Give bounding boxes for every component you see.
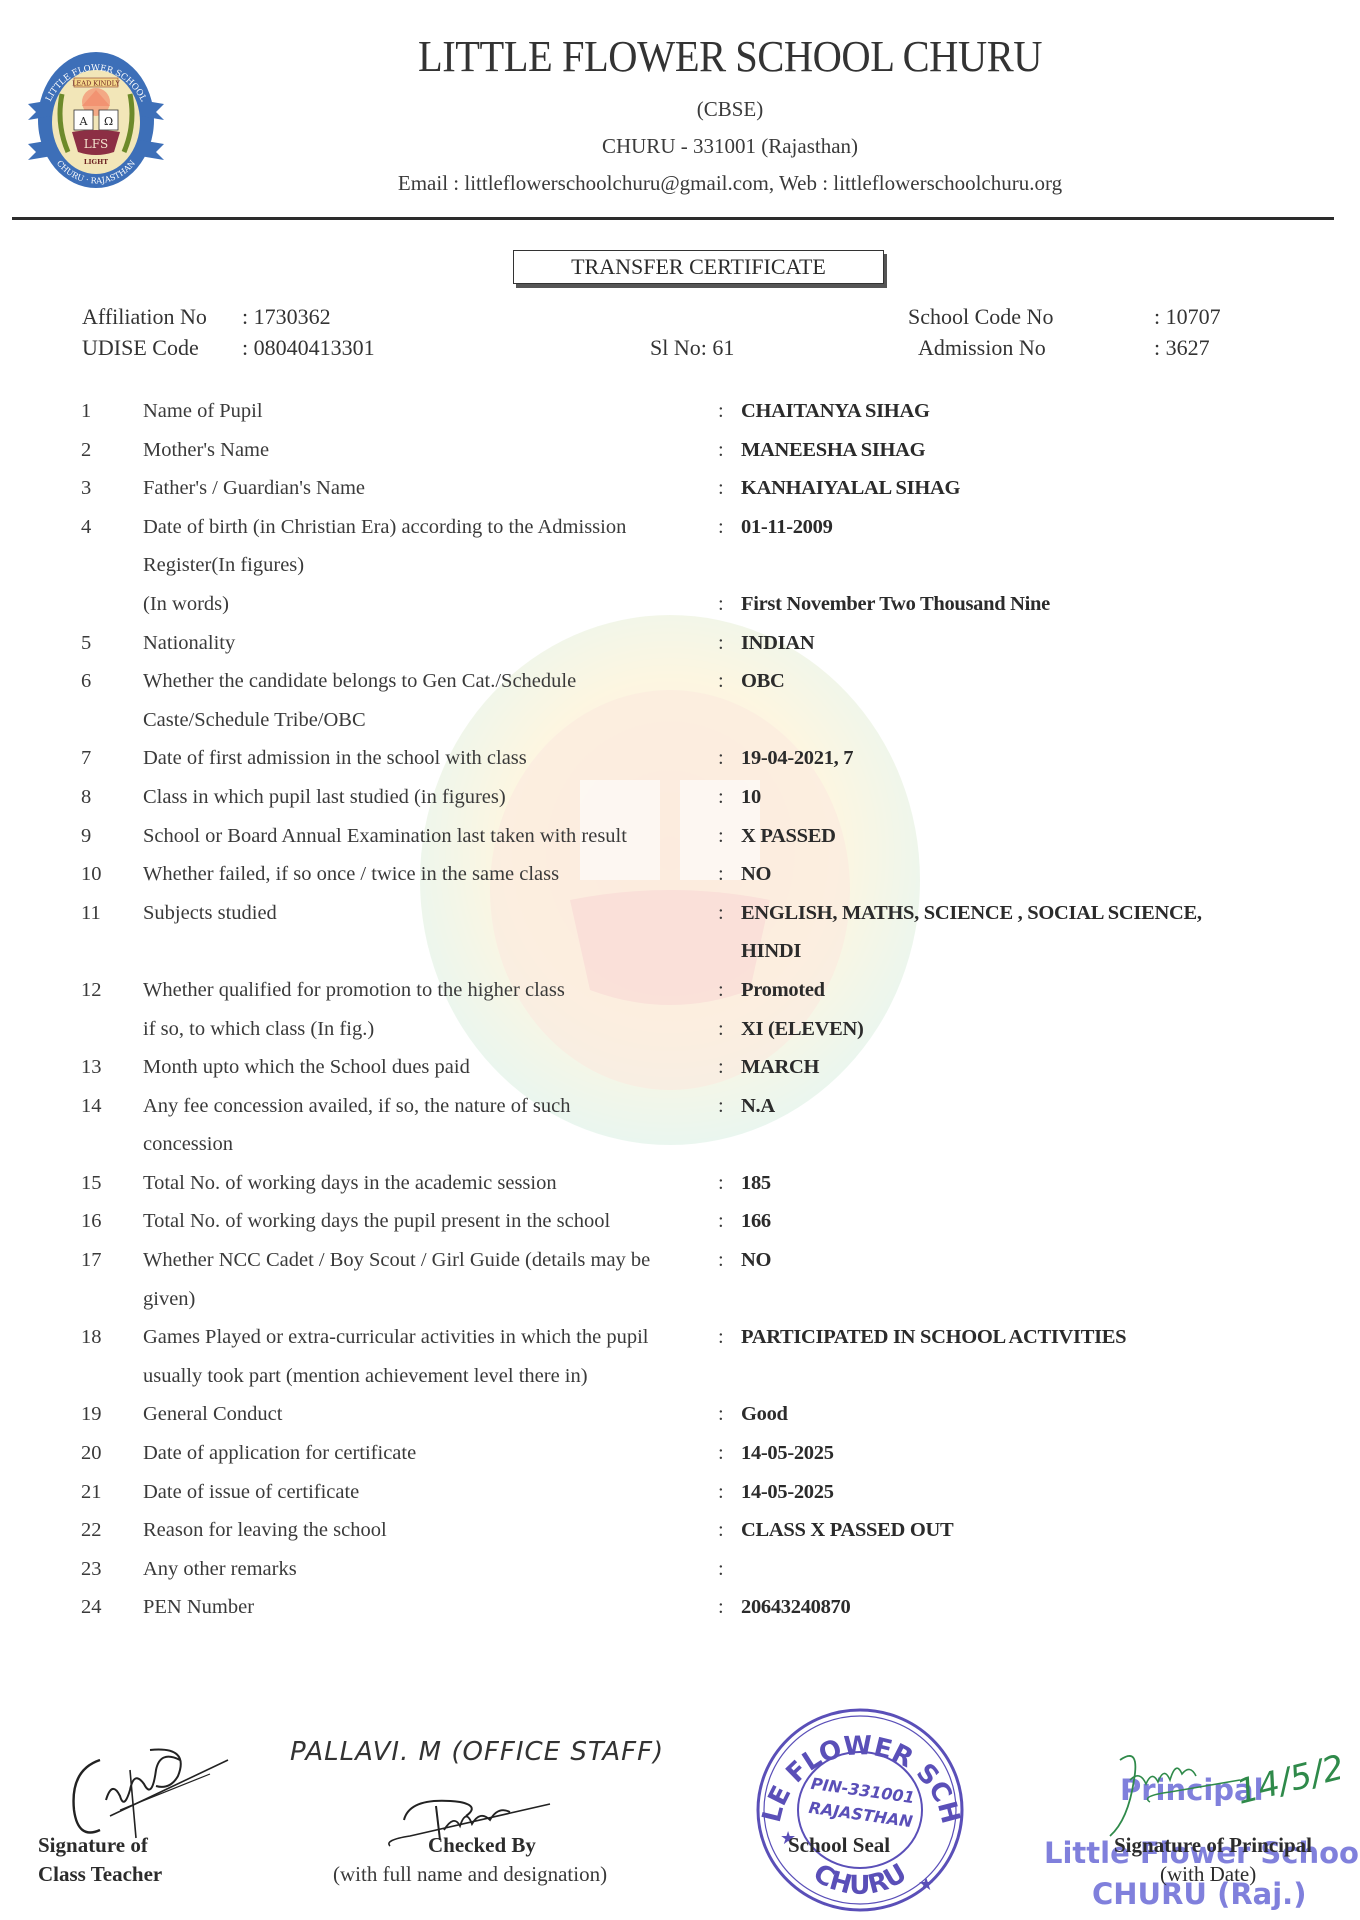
- field-label: Reason for leaving the school: [143, 1511, 387, 1550]
- field-label: Father's / Guardian's Name: [143, 469, 365, 508]
- field-number: 5: [81, 624, 91, 663]
- field-value: PARTICIPATED IN SCHOOL ACTIVITIES: [741, 1318, 1126, 1357]
- certificate-field-row: 16Total No. of working days the pupil pr…: [0, 1202, 1360, 1241]
- certificate-field-row: given): [0, 1280, 1360, 1319]
- school-address: CHURU - 331001 (Rajasthan): [250, 133, 1210, 159]
- certificate-field-row: 13Month upto which the School dues paid:…: [0, 1048, 1360, 1087]
- certificate-field-row: (In words):First November Two Thousand N…: [0, 585, 1360, 624]
- school-seal-stamp-icon: LITTLE FLOWER SCHOOL CHURU PIN-331001 RA…: [750, 1702, 970, 1918]
- field-number: 19: [81, 1395, 102, 1434]
- udise-value: : 08040413301: [242, 335, 375, 360]
- field-separator: :: [718, 739, 724, 778]
- certificate-field-row: 5Nationality:INDIAN: [0, 624, 1360, 663]
- field-separator: :: [718, 855, 724, 894]
- certificate-field-row: 20Date of application for certificate:14…: [0, 1434, 1360, 1473]
- certificate-field-row: 24PEN Number:20643240870: [0, 1588, 1360, 1627]
- field-value: MANEESHA SIHAG: [741, 431, 925, 470]
- school-code-label: School Code No: [908, 302, 1154, 332]
- field-label: Date of issue of certificate: [143, 1473, 359, 1512]
- certificate-field-row: 2Mother's Name:MANEESHA SIHAG: [0, 431, 1360, 470]
- field-separator: :: [718, 1164, 724, 1203]
- udise-code: UDISE Code: 08040413301: [82, 333, 375, 363]
- field-separator: :: [718, 508, 724, 547]
- field-value: NO: [741, 1241, 771, 1280]
- field-number: 16: [81, 1202, 102, 1241]
- field-number: 22: [81, 1511, 102, 1550]
- class-teacher-caption-line1: Signature of: [38, 1831, 148, 1859]
- school-board: (CBSE): [250, 96, 1210, 122]
- checked-by-handwritten-name: PALLAVI. M (OFFICE STAFF): [290, 1738, 664, 1766]
- field-value: N.A: [741, 1087, 775, 1126]
- field-label: if so, to which class (In fig.): [143, 1010, 374, 1049]
- field-value: 185: [741, 1164, 771, 1203]
- field-label: PEN Number: [143, 1588, 254, 1627]
- field-separator: :: [718, 431, 724, 470]
- field-separator: :: [718, 1010, 724, 1049]
- field-number: 8: [81, 778, 91, 817]
- field-label: Name of Pupil: [143, 392, 263, 431]
- certificate-field-row: 9School or Board Annual Examination last…: [0, 817, 1360, 856]
- certificate-field-row: 18Games Played or extra-curricular activ…: [0, 1318, 1360, 1357]
- certificate-field-row: Register(In figures): [0, 546, 1360, 585]
- field-value: 01-11-2009: [741, 508, 833, 547]
- field-value: 19-04-2021, 7: [741, 739, 853, 778]
- field-number: 7: [81, 739, 91, 778]
- field-label: given): [143, 1280, 195, 1319]
- field-label: Month upto which the School dues paid: [143, 1048, 470, 1087]
- field-value: INDIAN: [741, 624, 814, 663]
- field-value: X PASSED: [741, 817, 836, 856]
- certificate-field-row: 21Date of issue of certificate:14-05-202…: [0, 1473, 1360, 1512]
- admission-value: : 3627: [1154, 335, 1210, 360]
- svg-text:Ω: Ω: [104, 115, 113, 128]
- field-label: (In words): [143, 585, 229, 624]
- field-number: 1: [81, 392, 91, 431]
- field-separator: :: [718, 1395, 724, 1434]
- field-separator: :: [718, 392, 724, 431]
- field-number: 23: [81, 1550, 102, 1589]
- affiliation-value: : 1730362: [242, 304, 331, 329]
- field-separator: :: [718, 1473, 724, 1512]
- document-title: TRANSFER CERTIFICATE: [513, 250, 884, 284]
- field-label: Any fee concession availed, if so, the n…: [143, 1087, 571, 1126]
- field-value: MARCH: [741, 1048, 819, 1087]
- field-value: KANHAIYALAL SIHAG: [741, 469, 960, 508]
- field-label: Whether failed, if so once / twice in th…: [143, 855, 559, 894]
- certificate-field-row: usually took part (mention achievement l…: [0, 1357, 1360, 1396]
- certificate-field-row: 8Class in which pupil last studied (in f…: [0, 778, 1360, 817]
- field-number: 3: [81, 469, 91, 508]
- field-value: XI (ELEVEN): [741, 1010, 864, 1049]
- field-number: 4: [81, 508, 91, 547]
- field-label: Register(In figures): [143, 546, 304, 585]
- affiliation-no: Affiliation No: 1730362: [82, 302, 331, 332]
- field-value: 166: [741, 1202, 771, 1241]
- admission-label: Admission No: [918, 333, 1154, 363]
- certificate-field-row: 17Whether NCC Cadet / Boy Scout / Girl G…: [0, 1241, 1360, 1280]
- field-label: Date of first admission in the school wi…: [143, 739, 527, 778]
- field-separator: :: [718, 1241, 724, 1280]
- principal-signature-caption: Signature of Principal: [1114, 1831, 1312, 1859]
- field-label: concession: [143, 1125, 233, 1164]
- school-name: LITTLE FLOWER SCHOOL CHURU: [288, 30, 1171, 84]
- certificate-field-row: 10Whether failed, if so once / twice in …: [0, 855, 1360, 894]
- school-seal-caption: School Seal: [788, 1831, 890, 1859]
- field-separator: :: [718, 469, 724, 508]
- svg-text:CHURU: CHURU: [808, 1858, 912, 1901]
- field-label: Whether qualified for promotion to the h…: [143, 971, 565, 1010]
- field-separator: :: [718, 1048, 724, 1087]
- field-value: First November Two Thousand Nine: [741, 585, 1050, 624]
- field-label: Caste/Schedule Tribe/OBC: [143, 701, 366, 740]
- field-label: Games Played or extra-curricular activit…: [143, 1318, 649, 1357]
- field-separator: :: [718, 817, 724, 856]
- certificate-fields: 1Name of Pupil:CHAITANYA SIHAG2Mother's …: [0, 392, 1360, 1627]
- field-label: Total No. of working days the pupil pres…: [143, 1202, 610, 1241]
- svg-text:★: ★: [918, 1874, 934, 1895]
- field-separator: :: [718, 624, 724, 663]
- field-label: Nationality: [143, 624, 235, 663]
- field-separator: :: [718, 894, 724, 933]
- field-separator: :: [718, 1588, 724, 1627]
- certificate-field-row: 6Whether the candidate belongs to Gen Ca…: [0, 662, 1360, 701]
- certificate-field-row: 23Any other remarks:: [0, 1550, 1360, 1589]
- admission-no: Admission No: 3627: [918, 333, 1210, 363]
- field-label: Any other remarks: [143, 1550, 297, 1589]
- field-value: 14-05-2025: [741, 1434, 834, 1473]
- field-label: Date of application for certificate: [143, 1434, 416, 1473]
- field-separator: :: [718, 662, 724, 701]
- svg-text:LIGHT: LIGHT: [84, 158, 108, 166]
- field-value: Good: [741, 1395, 788, 1434]
- field-number: 9: [81, 817, 91, 856]
- certificate-field-row: 19General Conduct:Good: [0, 1395, 1360, 1434]
- field-label: Class in which pupil last studied (in fi…: [143, 778, 506, 817]
- principal-signature-subcaption: (with Date): [1160, 1860, 1256, 1888]
- field-value: ENGLISH, MATHS, SCIENCE , SOCIAL SCIENCE…: [741, 894, 1202, 933]
- certificate-field-row: 11Subjects studied:ENGLISH, MATHS, SCIEN…: [0, 894, 1360, 933]
- field-number: 20: [81, 1434, 102, 1473]
- certificate-field-row: 3Father's / Guardian's Name:KANHAIYALAL …: [0, 469, 1360, 508]
- letterhead: LITTLE FLOWER SCHOOL CHURU (CBSE) CHURU …: [250, 30, 1210, 196]
- field-value: NO: [741, 855, 771, 894]
- field-label: usually took part (mention achievement l…: [143, 1357, 588, 1396]
- field-separator: :: [718, 1318, 724, 1357]
- field-label: Whether NCC Cadet / Boy Scout / Girl Gui…: [143, 1241, 650, 1280]
- field-value: HINDI: [741, 932, 801, 971]
- field-number: 12: [81, 971, 102, 1010]
- field-separator: :: [718, 778, 724, 817]
- field-number: 11: [81, 894, 101, 933]
- field-value: 20643240870: [741, 1588, 850, 1627]
- field-label: Subjects studied: [143, 894, 277, 933]
- certificate-field-row: if so, to which class (In fig.):XI (ELEV…: [0, 1010, 1360, 1049]
- school-contact: Email : littleflowerschoolchuru@gmail.co…: [250, 170, 1210, 196]
- field-number: 13: [81, 1048, 102, 1087]
- certificate-field-row: 12Whether qualified for promotion to the…: [0, 971, 1360, 1010]
- class-teacher-caption-line2: Class Teacher: [38, 1860, 162, 1888]
- field-separator: :: [718, 585, 724, 624]
- field-number: 10: [81, 855, 102, 894]
- affiliation-label: Affiliation No: [82, 302, 242, 332]
- certificate-field-row: 14Any fee concession availed, if so, the…: [0, 1087, 1360, 1126]
- certificate-field-row: Caste/Schedule Tribe/OBC: [0, 701, 1360, 740]
- certificate-field-row: 1Name of Pupil:CHAITANYA SIHAG: [0, 392, 1360, 431]
- field-value: CHAITANYA SIHAG: [741, 392, 930, 431]
- certificate-field-row: 22Reason for leaving the school:CLASS X …: [0, 1511, 1360, 1550]
- header-divider: [12, 217, 1334, 220]
- field-number: 6: [81, 662, 91, 701]
- checked-by-caption: Checked By: [428, 1831, 536, 1859]
- school-code-no: School Code No: 10707: [908, 302, 1221, 332]
- field-separator: :: [718, 1550, 724, 1589]
- svg-text:A: A: [79, 115, 89, 128]
- field-value: 10: [741, 778, 761, 817]
- udise-label: UDISE Code: [82, 333, 242, 363]
- principal-stamp-title: Principal: [1120, 1773, 1264, 1807]
- field-label: Mother's Name: [143, 431, 269, 470]
- certificate-field-row: 7Date of first admission in the school w…: [0, 739, 1360, 778]
- school-crest-icon: LEAD KINDLY A Ω LFS LIGHT LITTLE FLOWER …: [22, 44, 170, 196]
- certificate-field-row: concession: [0, 1125, 1360, 1164]
- serial-no: Sl No: 61: [650, 333, 734, 363]
- field-value: OBC: [741, 662, 785, 701]
- field-number: 14: [81, 1087, 102, 1126]
- field-value: 14-05-2025: [741, 1473, 834, 1512]
- field-separator: :: [718, 971, 724, 1010]
- field-number: 18: [81, 1318, 102, 1357]
- certificate-field-row: 4Date of birth (in Christian Era) accord…: [0, 508, 1360, 547]
- field-number: 21: [81, 1473, 102, 1512]
- school-code-value: : 10707: [1154, 304, 1221, 329]
- checked-by-subcaption: (with full name and designation): [333, 1860, 607, 1888]
- field-label: Total No. of working days in the academi…: [143, 1164, 557, 1203]
- certificate-field-row: HINDI: [0, 932, 1360, 971]
- field-value: Promoted: [741, 971, 825, 1010]
- svg-text:LFS: LFS: [84, 137, 109, 151]
- field-separator: :: [718, 1511, 724, 1550]
- svg-text:LEAD KINDLY: LEAD KINDLY: [72, 80, 120, 88]
- certificate-field-row: 15Total No. of working days in the acade…: [0, 1164, 1360, 1203]
- field-value: CLASS X PASSED OUT: [741, 1511, 953, 1550]
- field-separator: :: [718, 1202, 724, 1241]
- field-label: General Conduct: [143, 1395, 282, 1434]
- field-label: School or Board Annual Examination last …: [143, 817, 627, 856]
- field-label: Whether the candidate belongs to Gen Cat…: [143, 662, 576, 701]
- field-number: 15: [81, 1164, 102, 1203]
- field-number: 17: [81, 1241, 102, 1280]
- field-separator: :: [718, 1087, 724, 1126]
- field-label: Date of birth (in Christian Era) accordi…: [143, 508, 626, 547]
- field-number: 24: [81, 1588, 102, 1627]
- field-separator: :: [718, 1434, 724, 1473]
- field-number: 2: [81, 431, 91, 470]
